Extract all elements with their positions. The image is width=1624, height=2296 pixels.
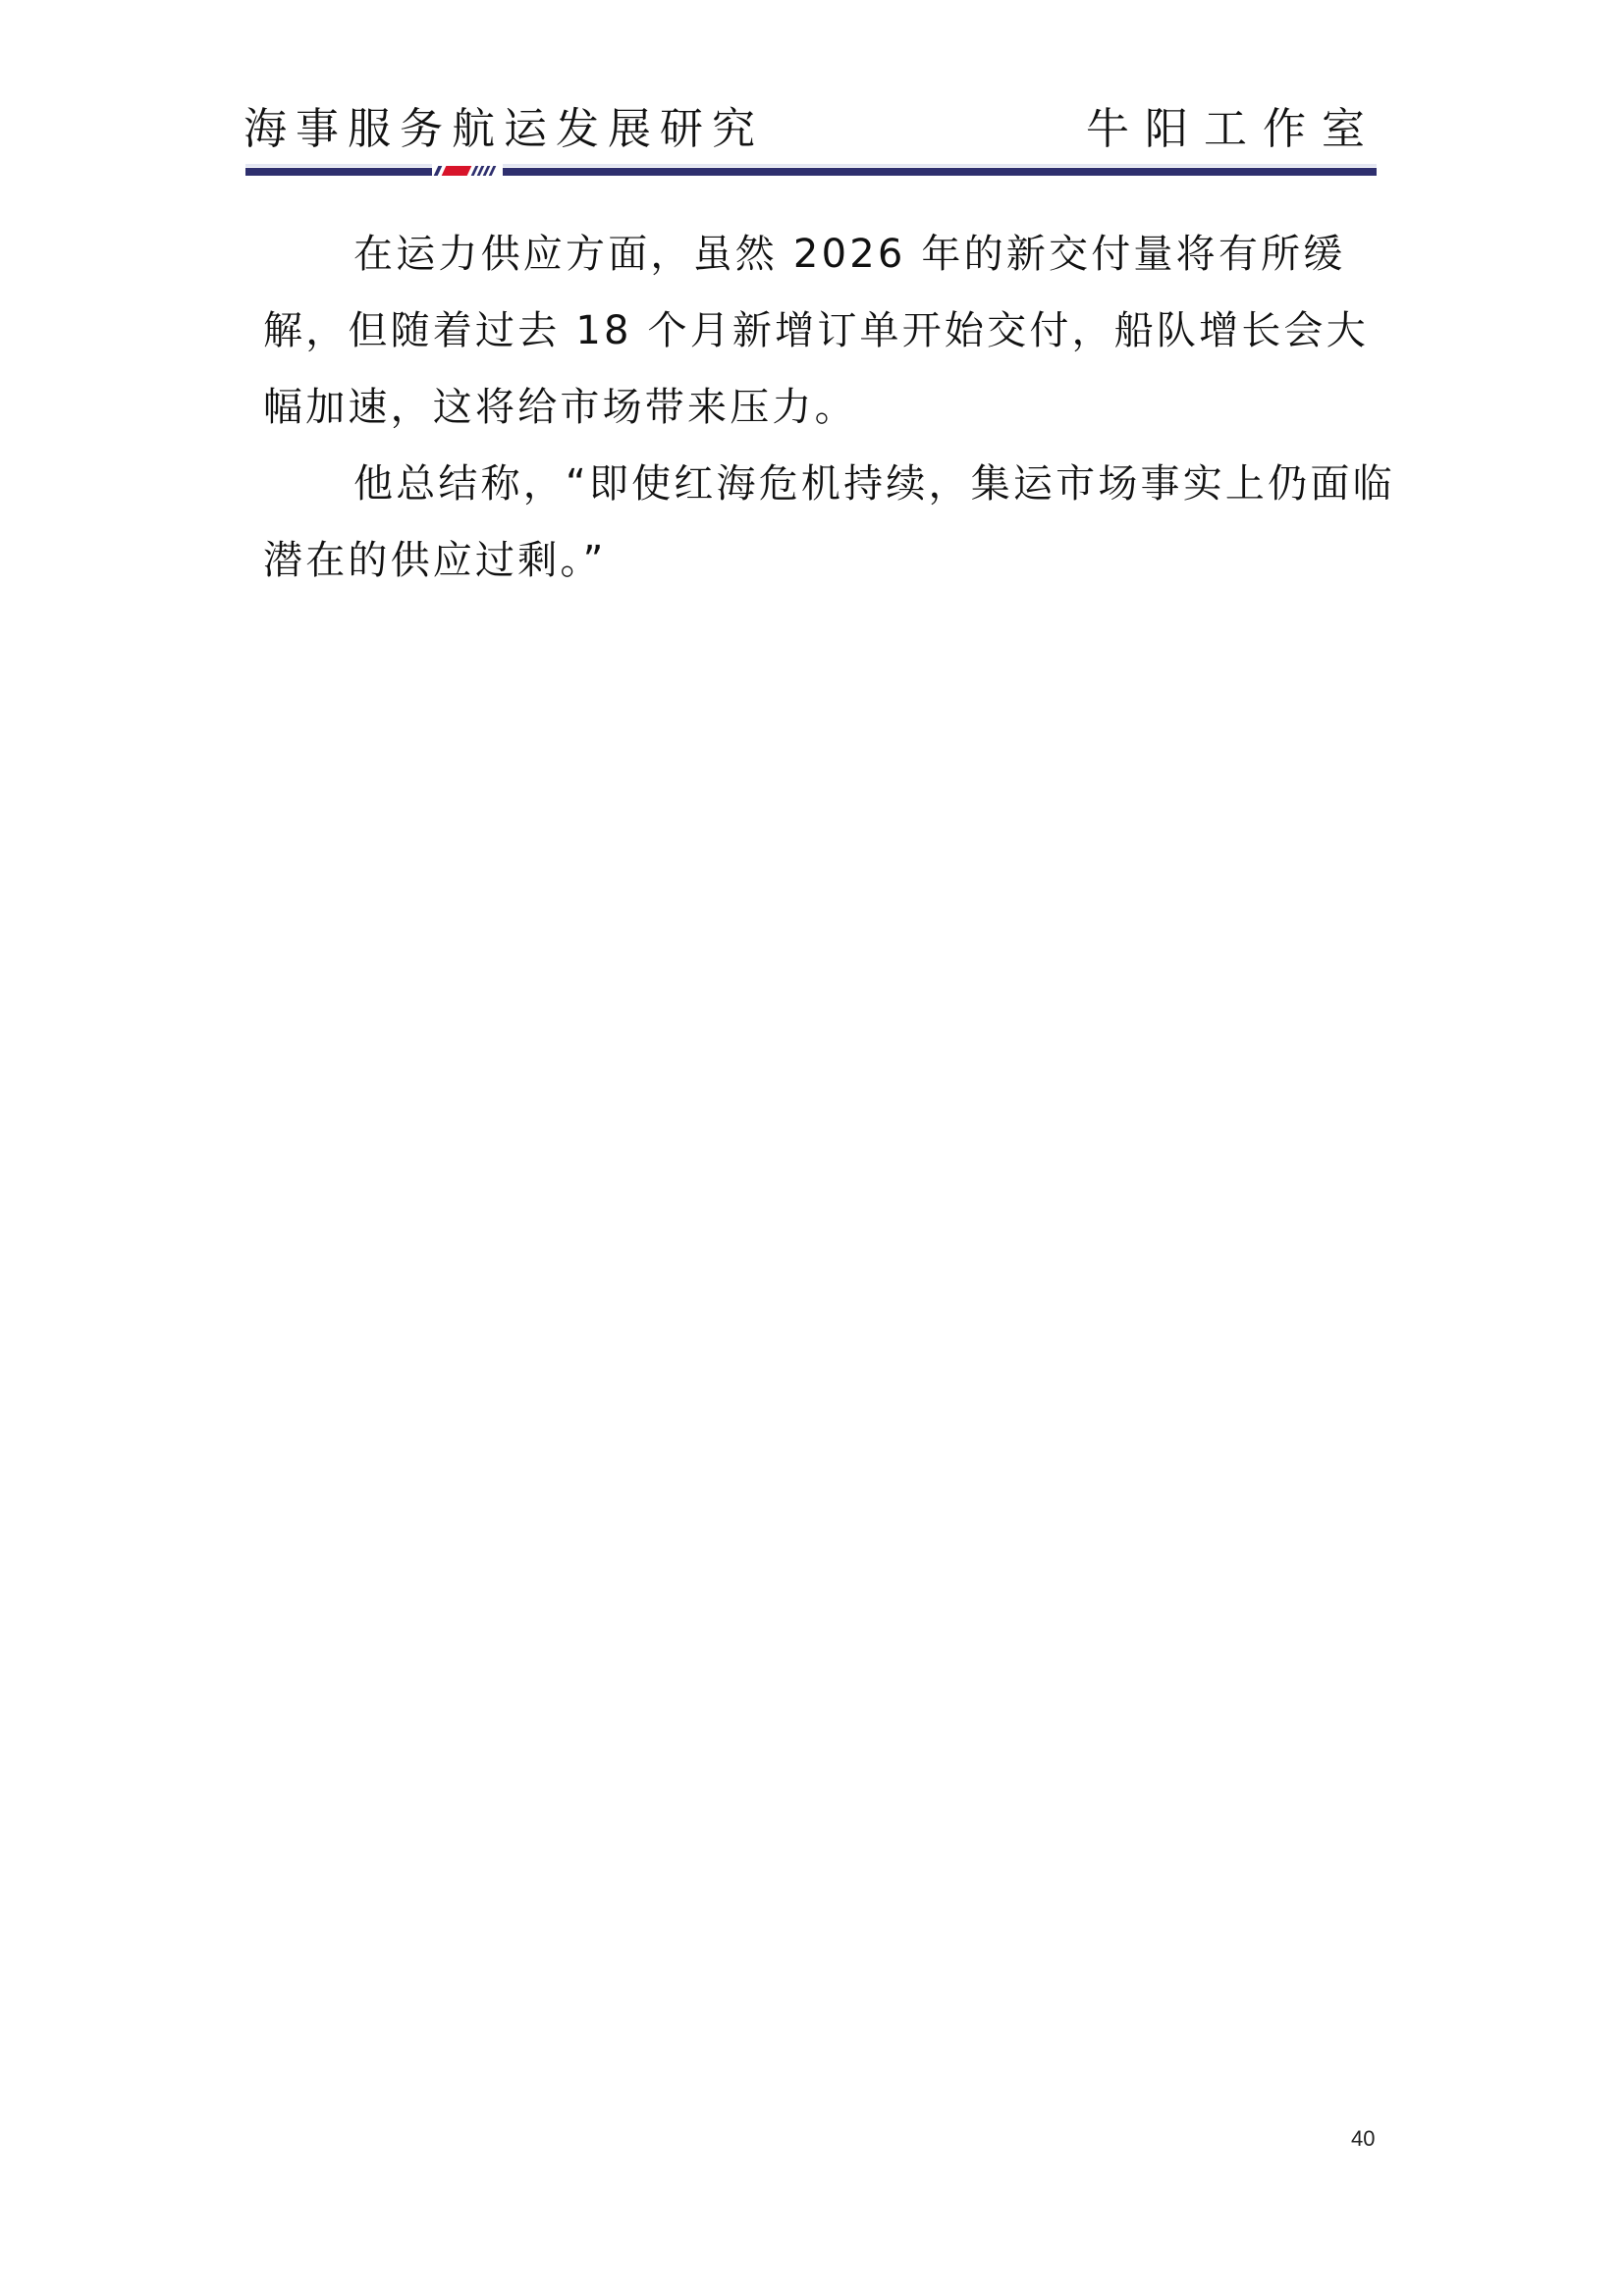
header-rule-ornament-icon xyxy=(432,163,503,179)
paragraph: 他总结称，“即使红海危机持续，集运市场事实上仍面临潜在的供应过剩。” xyxy=(263,446,1402,599)
article-body: 在运力供应方面，虽然 2026 年的新交付量将有所缓解，但随着过去 18 个月新… xyxy=(263,216,1402,599)
ornament-red-block xyxy=(442,166,472,176)
paragraph: 在运力供应方面，虽然 2026 年的新交付量将有所缓解，但随着过去 18 个月新… xyxy=(263,216,1402,446)
page-number: 40 xyxy=(1351,2126,1375,2152)
header-rule-highlight xyxy=(245,164,1377,167)
header-rule xyxy=(245,168,1377,176)
header-title: 海事服务航运发展研究 xyxy=(244,100,764,159)
ornament-stripe xyxy=(489,166,497,176)
header-studio-name: 牛阳工作室 xyxy=(1086,100,1380,159)
